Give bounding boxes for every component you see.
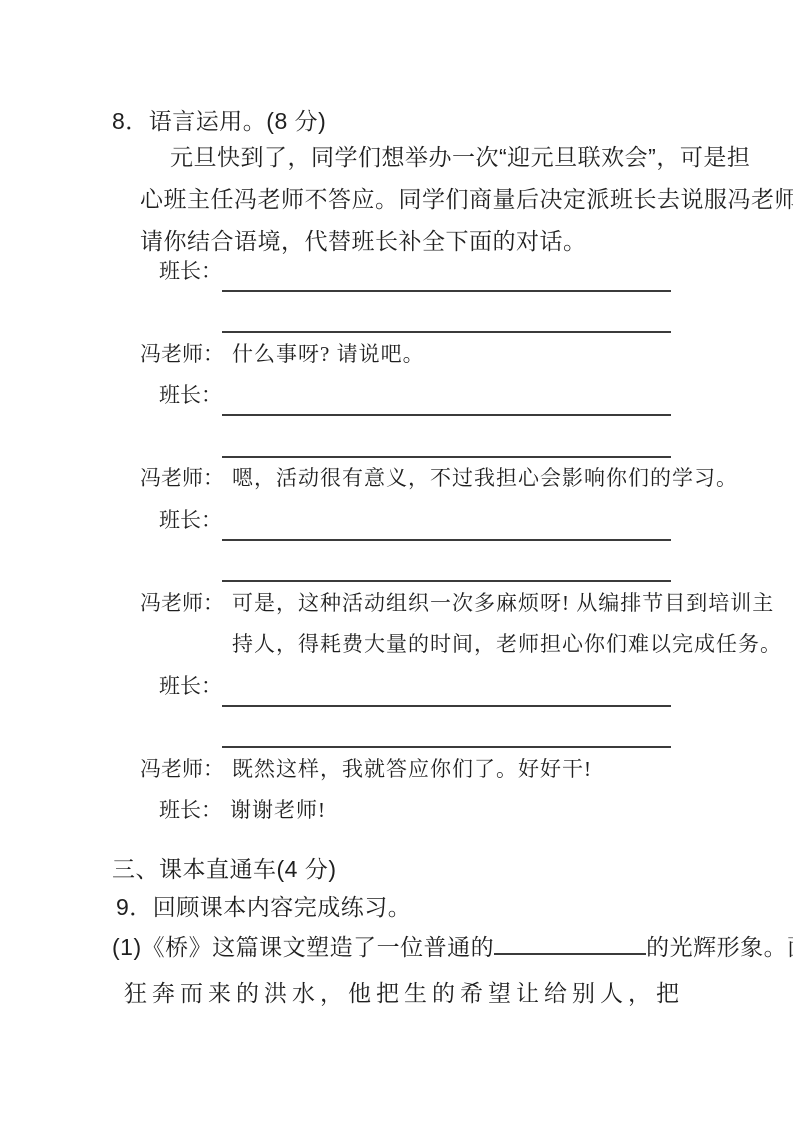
item1-prefix: (1)《桥》这篇课文塑造了一位普通的 — [112, 934, 494, 960]
speaker-label: 班长： — [140, 250, 222, 292]
question9-heading: 9．回顾课本内容完成练习。 — [116, 889, 411, 922]
dialogue-row: 班长： — [140, 665, 696, 748]
dialogue-row: 班长： — [140, 250, 696, 333]
speaker-label: 冯老师： — [140, 748, 224, 790]
speech-line: 既然这样，我就答应你们了。好好干! — [224, 748, 696, 790]
question8-heading: 8．语言运用。(8 分) — [112, 103, 326, 136]
intro-line: 心班主任冯老师不答应。同学们商量后决定派班长去说服冯老师。 — [140, 178, 700, 220]
question9-item1-line2: 狂奔而来的洪水，他把生的希望让给别人，把 — [124, 975, 684, 1008]
speaker-label: 班长： — [140, 790, 222, 832]
answer-blank-line — [222, 541, 671, 583]
answer-blank-line — [222, 250, 671, 292]
speech-line: 谢谢老师! — [222, 790, 696, 832]
speech-line: 可是，这种活动组织一次多麻烦呀! 从编排节目到培训主 — [224, 582, 696, 624]
worksheet-page: 8．语言运用。(8 分) 元旦快到了，同学们想举办一次“迎元旦联欢会”，可是担 … — [0, 0, 793, 1122]
answer-blank-line — [222, 292, 671, 334]
question8-intro: 元旦快到了，同学们想举办一次“迎元旦联欢会”，可是担 心班主任冯老师不答应。同学… — [140, 136, 700, 262]
speech-line: 持人，得耗费大量的时间，老师担心你们难以完成任务。 — [224, 624, 696, 666]
answer-blank-line — [222, 665, 671, 707]
question9-item1-line1: (1)《桥》这篇课文塑造了一位普通的的光辉形象。面对 — [112, 929, 793, 962]
dialogue-block: 班长： 冯老师： 什么事呀? 请说吧。 班长： 冯老师： 嗯，活动 — [140, 250, 696, 831]
speech-line: 什么事呀? 请说吧。 — [224, 333, 696, 375]
dialogue-row: 冯老师： 可是，这种活动组织一次多麻烦呀! 从编排节目到培训主 持人，得耗费大量… — [140, 582, 696, 665]
dialogue-row: 班长： — [140, 499, 696, 582]
speaker-label: 班长： — [140, 665, 222, 707]
speaker-label: 冯老师： — [140, 458, 224, 500]
dialogue-row: 冯老师： 什么事呀? 请说吧。 — [140, 333, 696, 375]
answer-blank-line — [222, 375, 671, 417]
dialogue-row: 班长： — [140, 375, 696, 458]
section3-heading: 三、课本直通车(4 分) — [112, 851, 337, 884]
speaker-label: 冯老师： — [140, 582, 224, 624]
answer-blank-line — [222, 416, 671, 458]
answer-blank-line — [222, 707, 671, 749]
dialogue-row: 冯老师： 嗯，活动很有意义，不过我担心会影响你们的学习。 — [140, 458, 696, 500]
dialogue-row: 班长： 谢谢老师! — [140, 790, 696, 832]
item1-suffix: 的光辉形象。面对 — [646, 934, 793, 960]
answer-blank-line — [222, 499, 671, 541]
speaker-label: 冯老师： — [140, 333, 224, 375]
fill-in-blank — [494, 931, 646, 955]
speaker-label: 班长： — [140, 499, 222, 541]
speaker-label: 班长： — [140, 375, 222, 417]
speech-line: 嗯，活动很有意义，不过我担心会影响你们的学习。 — [224, 458, 696, 500]
intro-line: 元旦快到了，同学们想举办一次“迎元旦联欢会”，可是担 — [140, 136, 700, 178]
dialogue-row: 冯老师： 既然这样，我就答应你们了。好好干! — [140, 748, 696, 790]
